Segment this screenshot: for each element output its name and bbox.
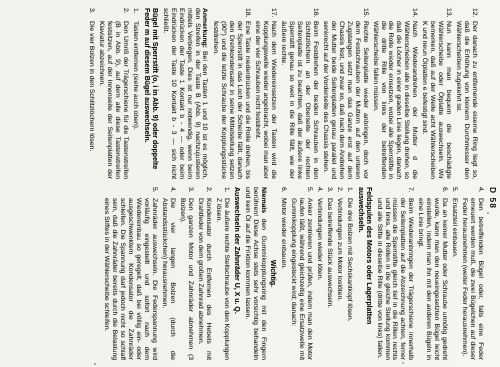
wichtig-lead: Niemals xyxy=(260,187,267,213)
item-text: Der danach zu entfernende eiserne Ring l… xyxy=(455,21,478,179)
item-number: 16. xyxy=(311,8,319,17)
item-number: 1. xyxy=(131,8,139,14)
zahn-item-5: 5.Zahnräder auswechseln. Die Federspannu… xyxy=(102,187,158,360)
list-item-18: 18.Eine Taste niederdrücken und die Roll… xyxy=(212,8,252,179)
item-number: 2. xyxy=(121,8,129,14)
item-text: Nach dem Wiedereinsetzen der Tasten wird… xyxy=(254,21,277,179)
heading-zahnraeder: Auswechseln der Zahnräder U, X u. Q. xyxy=(232,187,240,360)
scan-speck xyxy=(487,212,489,214)
column-first: 12.Der danach zu entfernende eiserne Rin… xyxy=(85,8,478,179)
item-number: 3. xyxy=(186,187,194,193)
list-item-17: 17.Nach dem Wiedereinsetzen der Tasten w… xyxy=(253,8,277,179)
item-text: Die äußere rechte Stellschraube von den … xyxy=(215,198,230,360)
item-number: 1. xyxy=(222,187,230,193)
item-text: Ersatzteil einbauen. xyxy=(451,198,458,258)
scan-speck xyxy=(402,362,404,364)
heading-buegel: Bügel mit Sperrstift (o, i in Abb. 9) od… xyxy=(142,8,158,179)
item-text: Motor wieder einbauen. xyxy=(280,198,287,269)
item-text: Beim Wiederanbringen der Trägerschiene i… xyxy=(376,198,415,360)
item-number: 3. xyxy=(87,8,95,14)
item-text: Die vier langen Bolzen (durch die Abstan… xyxy=(161,198,176,360)
zahn-item-3: 3.Den ganzen Motor und Zahnräder abnehme… xyxy=(178,187,194,360)
item-number: 17. xyxy=(269,8,277,17)
item-text: Kondensator durch Entfernen des Hebels m… xyxy=(197,198,212,360)
wichtig-text: den Gummikopplungsring mit den Fingern b… xyxy=(244,187,267,360)
item-text: Beim Festdrehen der beiden Schrauben in … xyxy=(280,21,319,179)
list-item-14: 14.Nach Wiederandrehen der Mutter d die … xyxy=(371,8,419,179)
item-number: 14. xyxy=(410,8,418,17)
zahn-item-4: 4.Die vier langen Bolzen (durch die Abst… xyxy=(160,187,176,360)
item-number: 6. xyxy=(279,187,287,193)
item-text: Tasten entfernen (siehe auch oben). xyxy=(132,21,139,130)
item-text: Eine Taste niederdrücken und die Rolle d… xyxy=(212,21,251,179)
item-text: Nun kann man bequem die beschädigte Wähl… xyxy=(421,21,452,179)
item-number: 5. xyxy=(150,187,158,193)
item-text: Den ganzen Motor und Zahnräder abnehmen … xyxy=(179,198,194,360)
item-number: 12. xyxy=(470,8,478,17)
item-text: Verbindungen wieder löten. xyxy=(316,198,323,280)
item-number: 18. xyxy=(243,8,251,17)
item-text: Anker zentrieren und prüfen, indem man d… xyxy=(290,198,313,360)
list-item-16: 16.Beim Festdrehen der beiden Schrauben … xyxy=(279,8,319,179)
scanned-manual-page: D 58 12.Der danach zu entfernende eisern… xyxy=(0,0,500,367)
list-item-12: 12.Der danach zu entfernende eiserne Rin… xyxy=(454,8,478,179)
motor-item-4: 4.Verbindungen wieder löten. xyxy=(315,187,323,360)
item-number: 4. xyxy=(168,187,176,193)
heading-feldspulen: Feldspulen des Motors oder Lagerplatten … xyxy=(355,187,371,360)
list-item-3: 3.Die vier Bolzen in den Schlitzlöchern … xyxy=(87,8,95,179)
item-text: Rechte Seitenplatte wieder anbringen, do… xyxy=(322,21,369,179)
item-number: 5. xyxy=(450,187,458,193)
item-number: 4. xyxy=(315,187,323,193)
item-number: 2. xyxy=(335,187,343,193)
list-item-15: 15.Rechte Seitenplatte wieder anbringen,… xyxy=(321,8,369,179)
document-sheet: D 58 12.Der danach zu entfernende eisern… xyxy=(0,0,500,367)
item-number: 4. xyxy=(476,187,484,193)
wichtig-paragraph: Niemals den Gummikopplungsring mit den F… xyxy=(243,187,267,360)
note-label: Anmerkung: xyxy=(202,8,209,48)
motor-item-1: 1.Die drei Bolzen mit Sechskantkopf löse… xyxy=(345,187,353,360)
item-number: 3. xyxy=(325,187,333,193)
item-number: 13. xyxy=(444,8,452,17)
item-number: 5. xyxy=(305,187,313,193)
item-text: Das betreffende Stück auswechseln. xyxy=(326,198,333,308)
scan-speck xyxy=(95,363,97,365)
item-number: 15. xyxy=(361,8,369,17)
item-text: Den betreffenden Bügel oder, falls eine … xyxy=(461,198,484,360)
list-item-13: 13.Nun kann man bequem die beschädigte W… xyxy=(420,8,452,179)
zahn-item-1: 1.Die äußere rechte Stellschraube von de… xyxy=(214,187,230,360)
heading-wichtig: Wichtig. xyxy=(268,187,276,360)
item-number: 7. xyxy=(406,187,414,193)
item-text: Die drei Bolzen mit Sechskantkopf lösen. xyxy=(346,198,353,322)
list-item-4: 4.Den betreffenden Bügel oder, falls ein… xyxy=(460,187,484,360)
motor-item-2: 2.Verbindungen zum Motor loslöten. xyxy=(335,187,343,360)
item-number: 2. xyxy=(204,187,212,193)
item-number: 1. xyxy=(345,187,353,193)
list-item-1: 1.Tasten entfernen (siehe auch oben). xyxy=(131,8,139,179)
zahn-item-2: 2.Kondensator durch Entfernen des Hebels… xyxy=(196,187,212,360)
item-text: Die vier Bolzen in den Schlitzlöchern lö… xyxy=(88,21,95,151)
item-text: Nach Wiederandrehen der Mutter d die Wäh… xyxy=(372,21,419,179)
motor-item-6: 6.Motor wieder einbauen. xyxy=(279,187,287,360)
note-paragraph: Anmerkung: Bei den Tasten 1 und 10 ist e… xyxy=(161,8,209,179)
motor-item-5: 5.Anker zentrieren und prüfen, indem man… xyxy=(289,187,313,360)
item-text: Zahnräder auswechseln. Die Federspannung… xyxy=(103,198,158,360)
list-item-2: 2.Den Umriß der Trägerschiene für die Ta… xyxy=(97,8,129,179)
column-second: 4.Den betreffenden Bügel oder, falls ein… xyxy=(100,187,484,360)
item-text: Den Umriß der Trägerschiene für die Tast… xyxy=(98,21,129,179)
list-item-6: 6.Da an keiner Mutter oder Schraube unnö… xyxy=(416,187,448,360)
list-item-7: 7.Beim Wiederanbringen der Trägerschiene… xyxy=(375,187,415,360)
item-text: Verbindungen zum Motor loslöten. xyxy=(336,198,343,301)
item-number: 6. xyxy=(440,187,448,193)
page-number: D 58 xyxy=(488,187,498,209)
item-text: Da an keiner Mutter oder Schraube unnöti… xyxy=(417,198,448,360)
motor-item-3: 3.Das betreffende Stück auswechseln. xyxy=(325,187,333,360)
list-item-5: 5.Ersatzteil einbauen. xyxy=(450,187,458,360)
